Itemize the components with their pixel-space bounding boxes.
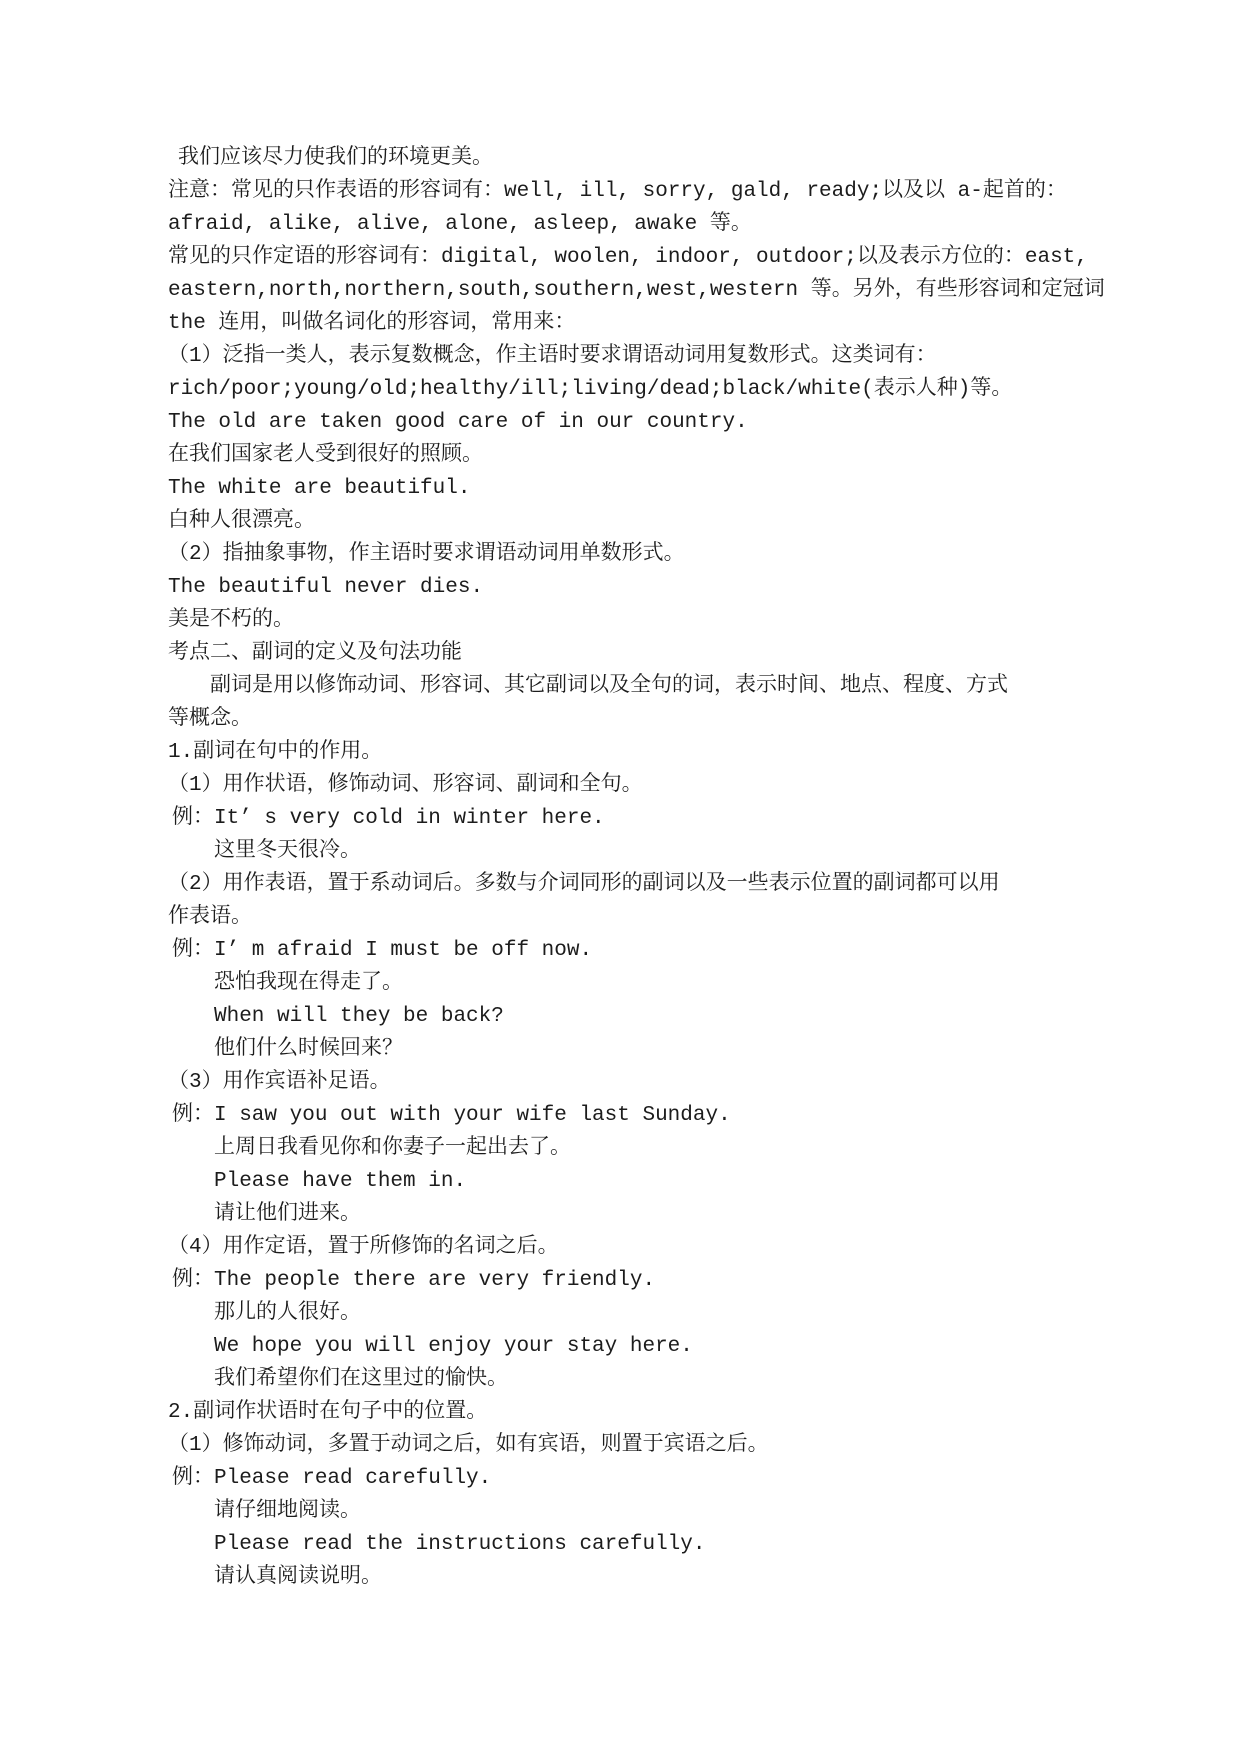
text-line: 请让他们进来。: [168, 1198, 1101, 1231]
text-line: The beautiful never dies.: [168, 571, 1101, 604]
text-line: 请认真阅读说明。: [168, 1561, 1101, 1594]
text-line: 那儿的人很好。: [168, 1297, 1101, 1330]
text-line: 他们什么时候回来？: [168, 1033, 1101, 1066]
document-body: 我们应该尽力使我们的环境更美。注意：常见的只作表语的形容词有：well, ill…: [168, 142, 1101, 1594]
text-line: 这里冬天很冷。: [168, 835, 1101, 868]
text-line: 例：I’ m afraid I must be off now.: [168, 934, 1101, 967]
text-line: 在我们国家老人受到很好的照顾。: [168, 439, 1101, 472]
text-line: （1）泛指一类人，表示复数概念，作主语时要求谓语动词用复数形式。这类词有：: [168, 340, 1101, 373]
text-line: Please have them in.: [168, 1165, 1101, 1198]
text-line: The old are taken good care of in our co…: [168, 406, 1101, 439]
text-line: （3）用作宾语补足语。: [168, 1066, 1101, 1099]
text-line: 作表语。: [168, 901, 1101, 934]
text-line: eastern,north,northern,south,southern,we…: [168, 274, 1101, 307]
text-line: 副词是用以修饰动词、形容词、其它副词以及全句的词，表示时间、地点、程度、方式: [168, 670, 1101, 703]
text-line: 例：The people there are very friendly.: [168, 1264, 1101, 1297]
text-line: 注意：常见的只作表语的形容词有：well, ill, sorry, gald, …: [168, 175, 1101, 208]
text-line: rich/poor;young/old;healthy/ill;living/d…: [168, 373, 1101, 406]
text-line: 常见的只作定语的形容词有：digital, woolen, indoor, ou…: [168, 241, 1101, 274]
text-line: the 连用，叫做名词化的形容词，常用来：: [168, 307, 1101, 340]
text-line: 等概念。: [168, 703, 1101, 736]
text-line: afraid, alike, alive, alone, asleep, awa…: [168, 208, 1101, 241]
document-page: 我们应该尽力使我们的环境更美。注意：常见的只作表语的形容词有：well, ill…: [0, 0, 1241, 1754]
text-line: 白种人很漂亮。: [168, 505, 1101, 538]
text-line: 考点二、副词的定义及句法功能: [168, 637, 1101, 670]
text-line: 我们希望你们在这里过的愉快。: [168, 1363, 1101, 1396]
text-line: Please read the instructions carefully.: [168, 1528, 1101, 1561]
text-line: 美是不朽的。: [168, 604, 1101, 637]
text-line: （1）修饰动词，多置于动词之后，如有宾语，则置于宾语之后。: [168, 1429, 1101, 1462]
text-line: 例：It’ s very cold in winter here.: [168, 802, 1101, 835]
text-line: 请仔细地阅读。: [168, 1495, 1101, 1528]
text-line: 例：Please read carefully.: [168, 1462, 1101, 1495]
text-line: （2）用作表语，置于系动词后。多数与介词同形的副词以及一些表示位置的副词都可以用: [168, 868, 1101, 901]
text-line: We hope you will enjoy your stay here.: [168, 1330, 1101, 1363]
text-line: 2.副词作状语时在句子中的位置。: [168, 1396, 1101, 1429]
text-line: 我们应该尽力使我们的环境更美。: [168, 142, 1101, 175]
text-line: The white are beautiful.: [168, 472, 1101, 505]
text-line: （2）指抽象事物，作主语时要求谓语动词用单数形式。: [168, 538, 1101, 571]
text-line: 1.副词在句中的作用。: [168, 736, 1101, 769]
text-line: 例：I saw you out with your wife last Sund…: [168, 1099, 1101, 1132]
text-line: When will they be back?: [168, 1000, 1101, 1033]
text-line: （1）用作状语，修饰动词、形容词、副词和全句。: [168, 769, 1101, 802]
text-line: 恐怕我现在得走了。: [168, 967, 1101, 1000]
text-line: 上周日我看见你和你妻子一起出去了。: [168, 1132, 1101, 1165]
text-line: （4）用作定语，置于所修饰的名词之后。: [168, 1231, 1101, 1264]
